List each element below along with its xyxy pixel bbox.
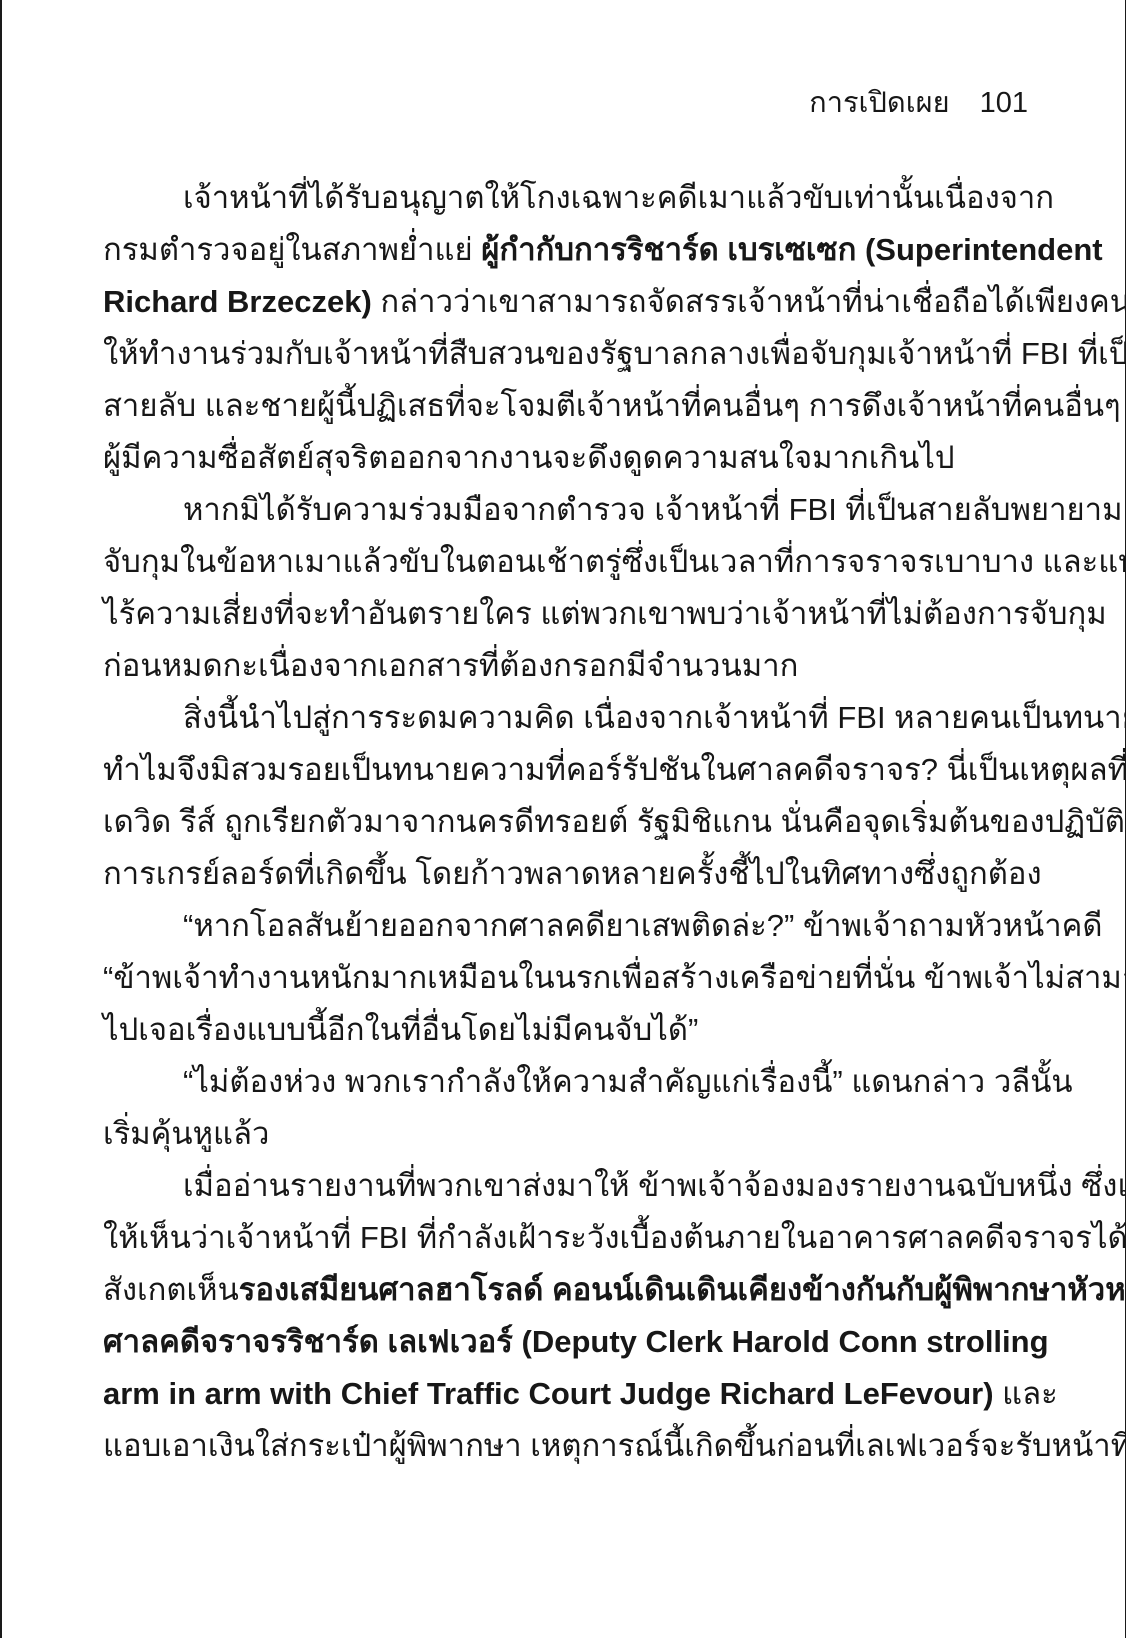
text-line: ผู้มีความซื่อสัตย์สุจริตออกจากงานจะดึงดู… [103, 432, 1028, 484]
text-line: ก่อนหมดกะเนื่องจากเอกสารที่ต้องกรอกมีจำน… [103, 640, 1028, 692]
page-header: การเปิดเผย 101 [103, 86, 1028, 120]
text-run: เดวิด รีส์ ถูกเรียกตัวมาจากนครดีทรอยต์ ร… [103, 804, 1125, 839]
text-run: สายลับ และชายผู้นี้ปฏิเสธที่จะโจมตีเจ้าห… [103, 388, 1121, 423]
paragraph: “ไม่ต้องห่วง พวกเรากำลังให้ความสำคัญแก่เ… [103, 1056, 1028, 1160]
paragraph: “หากโอลสันย้ายออกจากศาลคดียาเสพติดล่ะ?” … [103, 900, 1028, 1056]
text-line: ให้ทำงานร่วมกับเจ้าหน้าที่สืบสวนของรัฐบา… [103, 328, 1028, 380]
text-line: เดวิด รีส์ ถูกเรียกตัวมาจากนครดีทรอยต์ ร… [103, 796, 1028, 848]
text-line: สังเกตเห็นรองเสมียนศาลฮาโรลด์ คอนน์เดินเ… [103, 1264, 1028, 1316]
text-line: ไร้ความเสี่ยงที่จะทำอันตรายใคร แต่พวกเขา… [103, 588, 1028, 640]
bold-text-run: Richard Brzeczek) [103, 284, 372, 319]
bold-text-run: arm in arm with Chief Traffic Court Judg… [103, 1376, 994, 1411]
text-line: กรมตำรวจอยู่ในสภาพย่ำแย่ ผู้กำกับการริชา… [103, 224, 1028, 276]
text-run: ให้ทำงานร่วมกับเจ้าหน้าที่สืบสวนของรัฐบา… [103, 336, 1126, 371]
paragraph: สิ่งนี้นำไปสู่การระดมความคิด เนื่องจากเจ… [103, 692, 1028, 900]
text-run: เจ้าหน้าที่ได้รับอนุญาตให้โกงเฉพาะคดีเมา… [183, 180, 1054, 215]
text-run: ผู้มีความซื่อสัตย์สุจริตออกจากงานจะดึงดู… [103, 440, 955, 475]
bold-text-run: ผู้กำกับการริชาร์ด เบรเซเซก (Superintend… [481, 232, 1102, 267]
text-run: กล่าวว่าเขาสามารถจัดสรรเจ้าหน้าที่น่าเชื… [372, 284, 1126, 319]
scan-edge-left [0, 0, 2, 1638]
text-run: และ [994, 1376, 1058, 1411]
text-run: “หากโอลสันย้ายออกจากศาลคดียาเสพติดล่ะ?” … [183, 908, 1103, 943]
text-run: “ไม่ต้องห่วง พวกเรากำลังให้ความสำคัญแก่เ… [183, 1064, 1073, 1099]
text-line: ทำไมจึงมิสวมรอยเป็นทนายความที่คอร์รัปชัน… [103, 744, 1028, 796]
text-line: “ไม่ต้องห่วง พวกเรากำลังให้ความสำคัญแก่เ… [103, 1056, 1028, 1108]
text-run: การเกรย์ลอร์ดที่เกิดขึ้น โดยก้าวพลาดหลาย… [103, 856, 1042, 891]
text-line: เจ้าหน้าที่ได้รับอนุญาตให้โกงเฉพาะคดีเมา… [103, 172, 1028, 224]
text-run: สังเกตเห็น [103, 1272, 239, 1307]
text-line: สายลับ และชายผู้นี้ปฏิเสธที่จะโจมตีเจ้าห… [103, 380, 1028, 432]
text-line: ศาลคดีจราจรริชาร์ด เลเฟเวอร์ (Deputy Cle… [103, 1316, 1028, 1368]
text-run: เมื่ออ่านรายงานที่พวกเขาส่งมาให้ ข้าพเจ้… [183, 1168, 1126, 1203]
text-line: arm in arm with Chief Traffic Court Judg… [103, 1368, 1028, 1420]
text-run: ไปเจอเรื่องแบบนี้อีกในที่อื่นโดยไม่มีคนจ… [103, 1012, 698, 1047]
text-line: ให้เห็นว่าเจ้าหน้าที่ FBI ที่กำลังเฝ้าระ… [103, 1212, 1028, 1264]
text-line: ไปเจอเรื่องแบบนี้อีกในที่อื่นโดยไม่มีคนจ… [103, 1004, 1028, 1056]
text-run: จับกุมในข้อหาเมาแล้วขับในตอนเช้าตรู่ซึ่ง… [103, 544, 1126, 579]
paragraph: หากมิได้รับความร่วมมือจากตำรวจ เจ้าหน้าท… [103, 484, 1028, 692]
text-line: การเกรย์ลอร์ดที่เกิดขึ้น โดยก้าวพลาดหลาย… [103, 848, 1028, 900]
text-run: สิ่งนี้นำไปสู่การระดมความคิด เนื่องจากเจ… [183, 700, 1126, 735]
text-line: จับกุมในข้อหาเมาแล้วขับในตอนเช้าตรู่ซึ่ง… [103, 536, 1028, 588]
bold-text-run: รองเสมียนศาลฮาโรลด์ คอนน์เดินเดินเคียงข้… [239, 1272, 1126, 1307]
text-block: เจ้าหน้าที่ได้รับอนุญาตให้โกงเฉพาะคดีเมา… [103, 172, 1028, 1472]
text-run: “ข้าพเจ้าทำงานหนักมากเหมือนในนรกเพื่อสร้… [103, 960, 1126, 995]
text-run: ทำไมจึงมิสวมรอยเป็นทนายความที่คอร์รัปชัน… [103, 752, 1126, 787]
running-title: การเปิดเผย [809, 86, 949, 120]
text-line: แอบเอาเงินใส่กระเป๋าผู้พิพากษา เหตุการณ์… [103, 1420, 1028, 1472]
text-line: หากมิได้รับความร่วมมือจากตำรวจ เจ้าหน้าท… [103, 484, 1028, 536]
text-line: Richard Brzeczek) กล่าวว่าเขาสามารถจัดสร… [103, 276, 1028, 328]
text-line: “ข้าพเจ้าทำงานหนักมากเหมือนในนรกเพื่อสร้… [103, 952, 1028, 1004]
page-number: 101 [980, 86, 1028, 120]
text-run: ก่อนหมดกะเนื่องจากเอกสารที่ต้องกรอกมีจำน… [103, 648, 798, 683]
bold-text-run: ศาลคดีจราจรริชาร์ด เลเฟเวอร์ (Deputy Cle… [103, 1324, 1049, 1359]
paragraph: เมื่ออ่านรายงานที่พวกเขาส่งมาให้ ข้าพเจ้… [103, 1160, 1028, 1472]
text-line: สิ่งนี้นำไปสู่การระดมความคิด เนื่องจากเจ… [103, 692, 1028, 744]
text-line: “หากโอลสันย้ายออกจากศาลคดียาเสพติดล่ะ?” … [103, 900, 1028, 952]
text-run: ไร้ความเสี่ยงที่จะทำอันตรายใคร แต่พวกเขา… [103, 596, 1107, 631]
paragraph: เจ้าหน้าที่ได้รับอนุญาตให้โกงเฉพาะคดีเมา… [103, 172, 1028, 484]
text-run: เริ่มคุ้นหูแล้ว [103, 1116, 269, 1151]
text-run: ให้เห็นว่าเจ้าหน้าที่ FBI ที่กำลังเฝ้าระ… [103, 1220, 1126, 1255]
text-run: กรมตำรวจอยู่ในสภาพย่ำแย่ [103, 232, 481, 267]
book-page: การเปิดเผย 101 เจ้าหน้าที่ได้รับอนุญาตให… [0, 0, 1126, 1638]
text-line: เมื่ออ่านรายงานที่พวกเขาส่งมาให้ ข้าพเจ้… [103, 1160, 1028, 1212]
text-run: หากมิได้รับความร่วมมือจากตำรวจ เจ้าหน้าท… [183, 492, 1123, 527]
text-run: แอบเอาเงินใส่กระเป๋าผู้พิพากษา เหตุการณ์… [103, 1428, 1126, 1463]
text-line: เริ่มคุ้นหูแล้ว [103, 1108, 1028, 1160]
